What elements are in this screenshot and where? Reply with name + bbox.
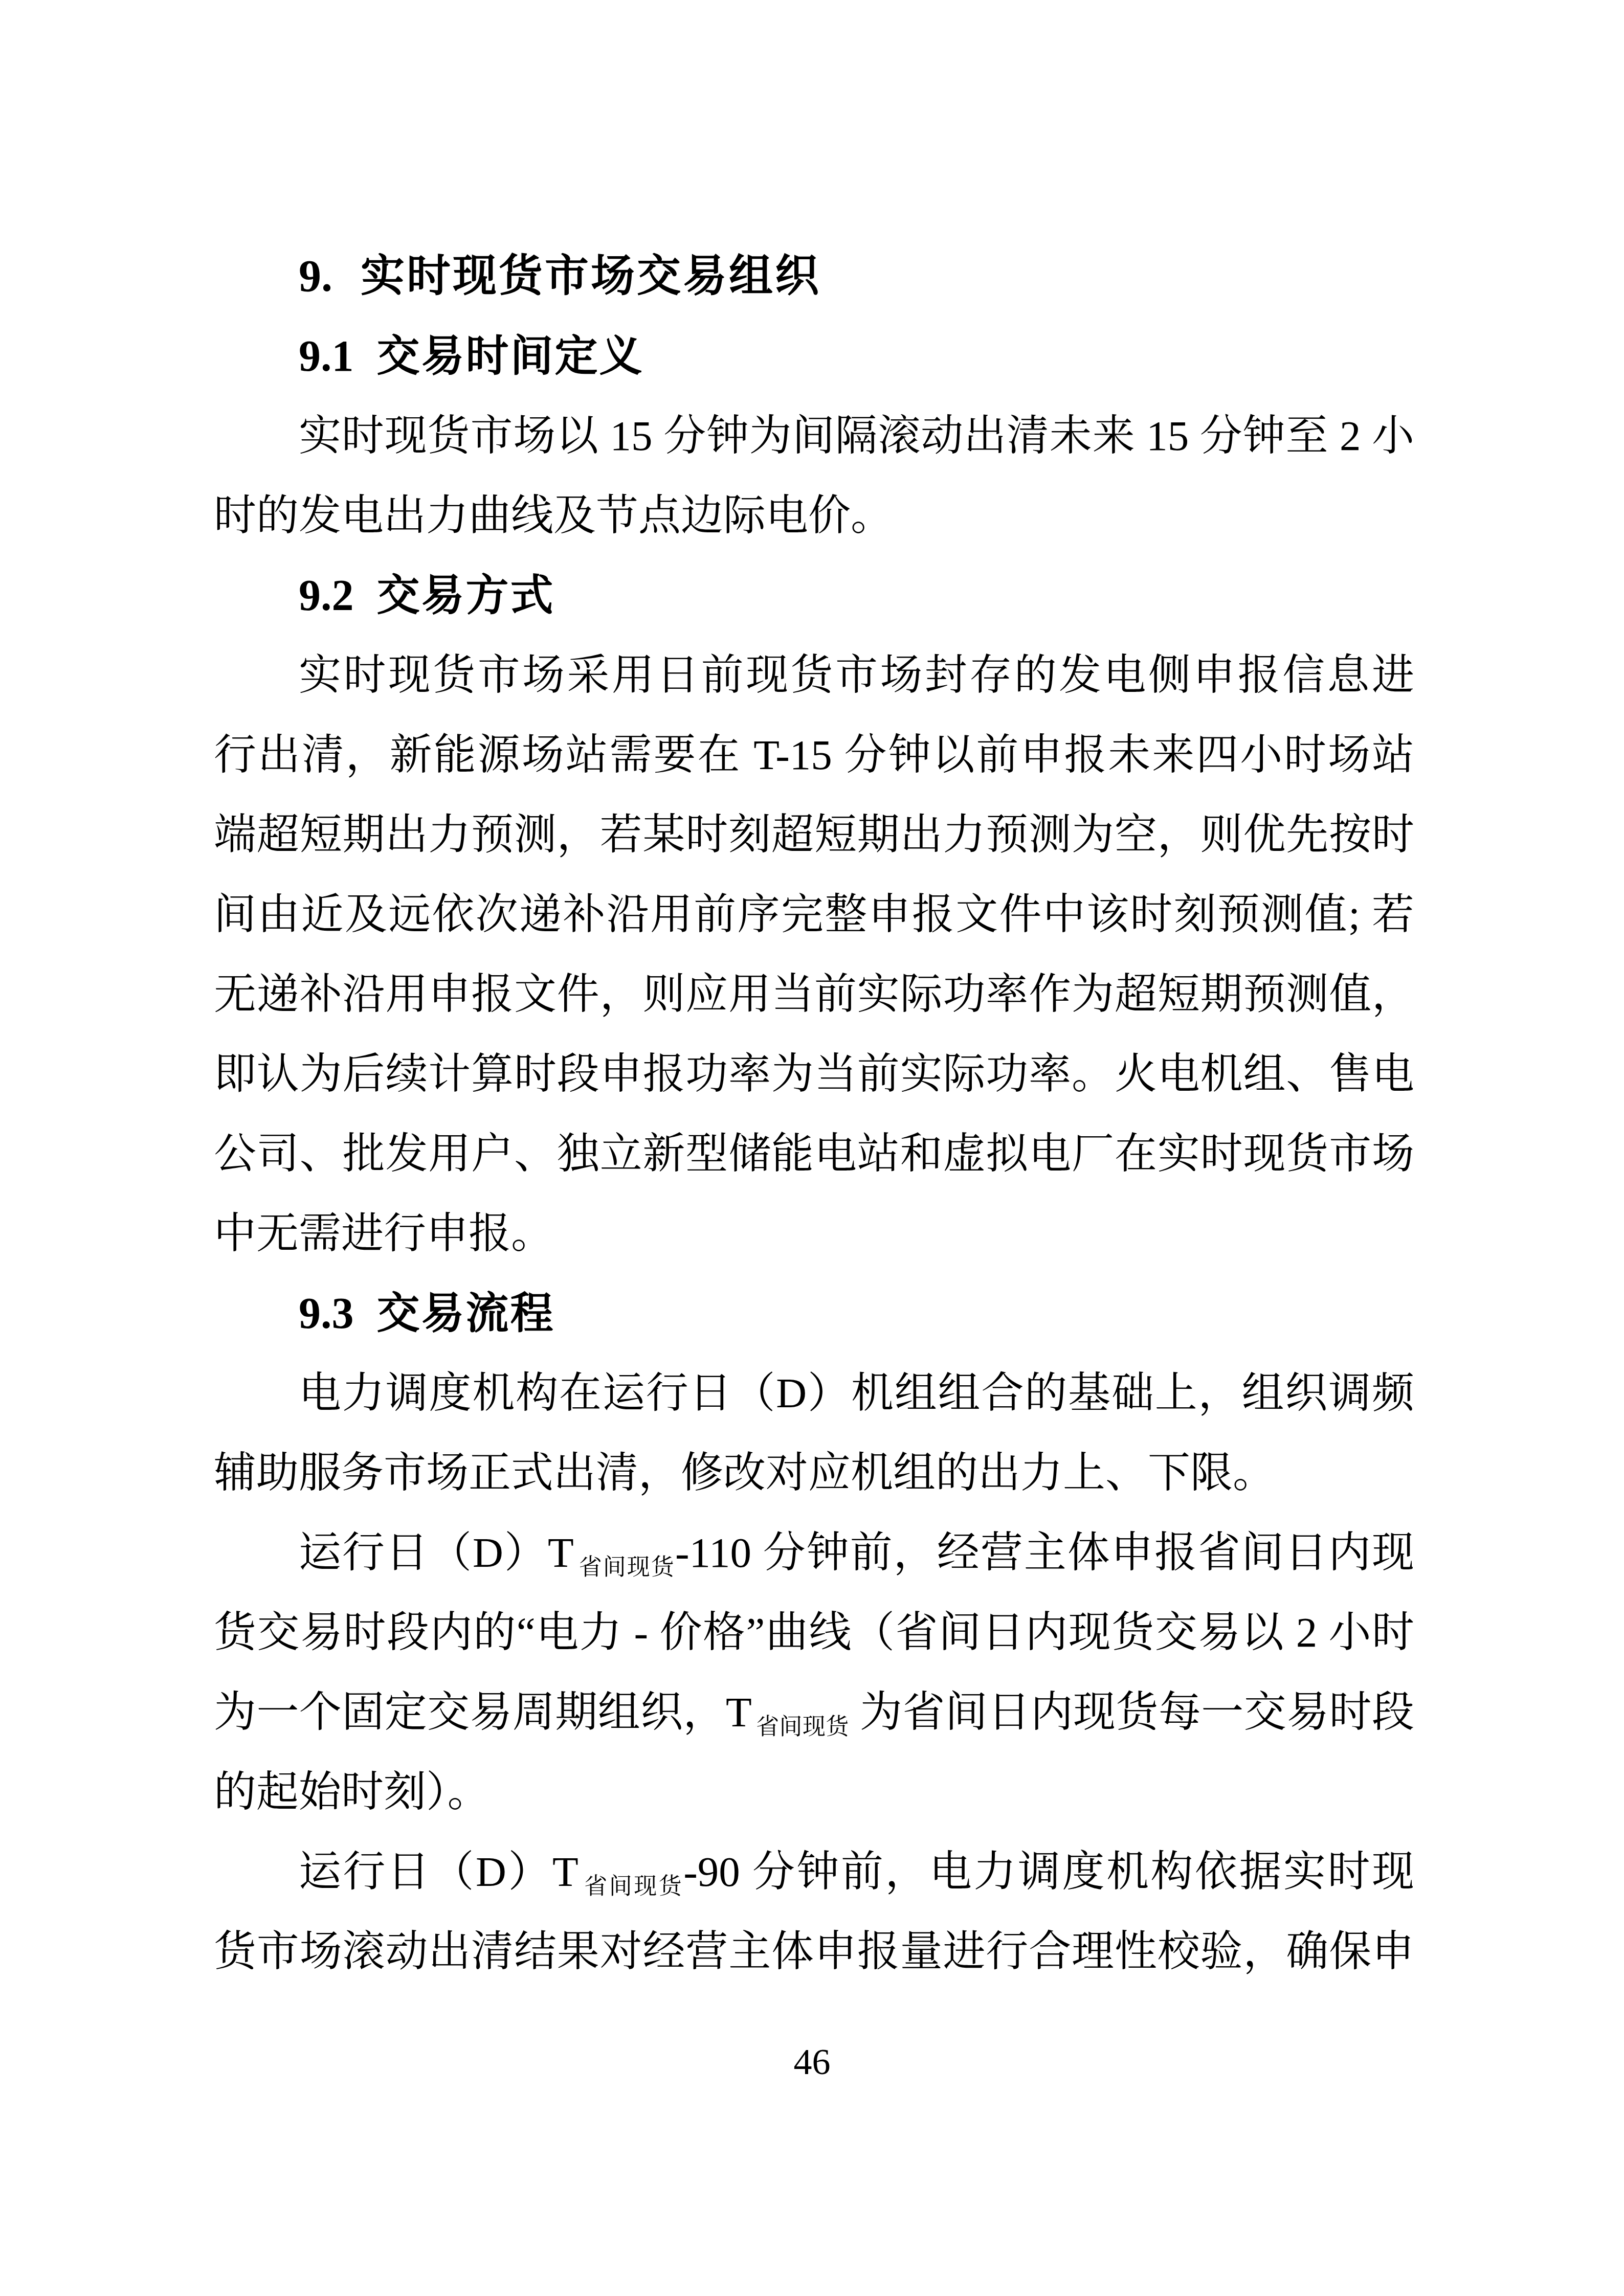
heading-9-2-title: 交易方式 bbox=[377, 572, 555, 620]
line-text: 运行日（D）T bbox=[299, 1529, 574, 1576]
line-text: -110 分钟前，经营主体申报省间日内现 bbox=[675, 1529, 1414, 1576]
paragraph-line: 货市场滚动出清结果对经营主体申报量进行合理性校验，确保申 bbox=[214, 1911, 1414, 1991]
heading-9-2: 9.2交易方式 bbox=[214, 555, 1414, 635]
paragraph-line: 间由近及远依次递补沿用前序完整申报文件中该时刻预测值; 若 bbox=[214, 874, 1414, 954]
paragraph-line: 时的发电出力曲线及节点边际电价。 bbox=[214, 476, 1414, 555]
page-number: 46 bbox=[0, 2036, 1624, 2087]
heading-9-1-number: 9.1 bbox=[299, 331, 354, 380]
paragraph-line: 无递补沿用申报文件，则应用当前实际功率作为超短期预测值， bbox=[214, 954, 1414, 1034]
heading-9-3-number: 9.3 bbox=[299, 1289, 354, 1338]
subscript-label: 省间现货 bbox=[756, 1714, 849, 1740]
paragraph-line: 行出清，新能源场站需要在 T-15 分钟以前申报未来四小时场站 bbox=[214, 715, 1414, 795]
paragraph-line: 辅助服务市场正式出清，修改对应机组的出力上、下限。 bbox=[214, 1433, 1414, 1513]
paragraph-line: 即认为后续计算时段申报功率为当前实际功率。火电机组、售电 bbox=[214, 1034, 1414, 1114]
paragraph-line-with-subscript: 运行日（D）T省间现货-90 分钟前，电力调度机构依据实时现 bbox=[214, 1832, 1414, 1911]
paragraph-line: 电力调度机构在运行日（D）机组组合的基础上，组织调频 bbox=[214, 1353, 1414, 1433]
paragraph-line: 货交易时段内的“电力 - 价格”曲线（省间日内现货交易以 2 小时 bbox=[214, 1592, 1414, 1672]
paragraph-line: 实时现货市场以 15 分钟为间隔滚动出清未来 15 分钟至 2 小 bbox=[214, 396, 1414, 476]
line-text: -90 分钟前，电力调度机构依据实时现 bbox=[683, 1848, 1414, 1895]
line-text: 运行日（D）T bbox=[299, 1848, 579, 1895]
line-text: 为省间日内现货每一交易时段 bbox=[849, 1689, 1414, 1736]
line-text: 为一个固定交易周期组织，T bbox=[214, 1689, 752, 1736]
subscript-label: 省间现货 bbox=[578, 1555, 675, 1580]
paragraph-line: 端超短期出力预测，若某时刻超短期出力预测为空，则优先按时 bbox=[214, 795, 1414, 874]
heading-9-2-number: 9.2 bbox=[299, 571, 354, 620]
paragraph-line-with-subscript: 为一个固定交易周期组织，T省间现货 为省间日内现货每一交易时段 bbox=[214, 1672, 1414, 1752]
heading-9-1: 9.1交易时间定义 bbox=[214, 316, 1414, 396]
heading-9-3: 9.3交易流程 bbox=[214, 1273, 1414, 1353]
paragraph-line: 中无需进行申报。 bbox=[214, 1194, 1414, 1273]
paragraph-line: 实时现货市场采用日前现货市场封存的发电侧申报信息进 bbox=[214, 635, 1414, 715]
heading-9-title: 实时现货市场交易组织 bbox=[361, 252, 821, 301]
subscript-label: 省间现货 bbox=[583, 1874, 684, 1899]
paragraph-line: 公司、批发用户、独立新型储能电站和虚拟电厂在实时现货市场 bbox=[214, 1114, 1414, 1194]
heading-9-number: 9. bbox=[299, 252, 332, 301]
heading-9-1-title: 交易时间定义 bbox=[377, 333, 644, 380]
document-body: 9.实时现货市场交易组织 9.1交易时间定义 实时现货市场以 15 分钟为间隔滚… bbox=[214, 236, 1414, 1991]
paragraph-line: 的起始时刻）。 bbox=[214, 1752, 1414, 1832]
heading-9: 9.实时现货市场交易组织 bbox=[214, 236, 1414, 316]
document-page: 9.实时现货市场交易组织 9.1交易时间定义 实时现货市场以 15 分钟为间隔滚… bbox=[0, 0, 1624, 2296]
paragraph-line-with-subscript: 运行日（D）T省间现货-110 分钟前，经营主体申报省间日内现 bbox=[214, 1513, 1414, 1592]
heading-9-3-title: 交易流程 bbox=[377, 1290, 555, 1338]
